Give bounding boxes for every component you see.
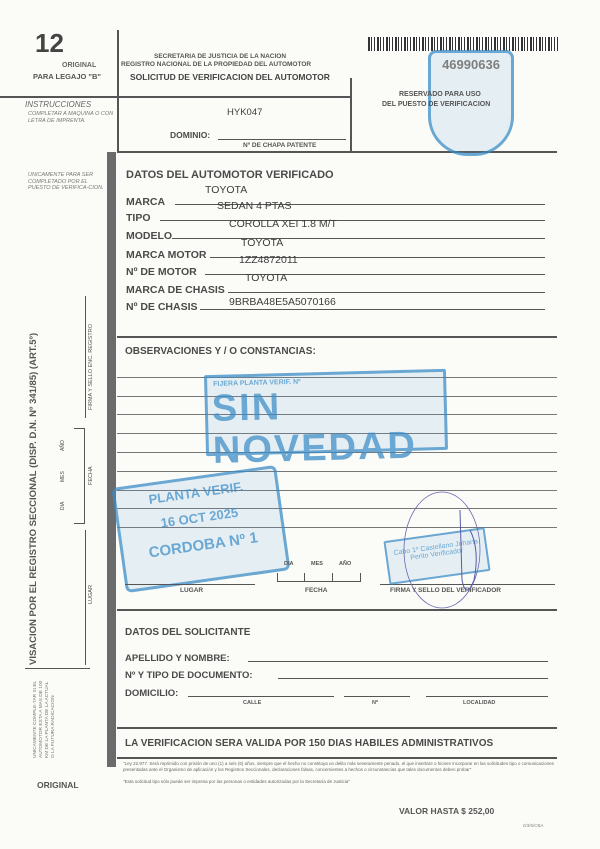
lugar-label: LUGAR [180, 587, 203, 594]
documento-line[interactable] [278, 678, 548, 679]
serial-stamp-number: 46990636 [431, 57, 511, 72]
apellido-line[interactable] [248, 661, 548, 662]
side-lugar-bottom [25, 668, 90, 669]
vehicle-field-label: TIPO [126, 212, 151, 224]
validity-notice: LA VERIFICACION SERA VALIDA POR 150 DIAS… [125, 738, 493, 749]
vehicle-field-value: 9BRBA48E5A5070166 [229, 296, 336, 308]
documento-label: Nº Y TIPO DE DOCUMENTO: [125, 670, 253, 681]
verification-only-note: UNICAMENTE PARA SER COMPLETADO POR EL PU… [28, 172, 106, 192]
form-number: 12 [35, 28, 64, 59]
vehicle-field-value: 1ZZ4872011 [239, 254, 298, 266]
apellido-label: APELLIDO Y NOMBRE: [125, 653, 230, 664]
legal-line2: "Esta solicitud tipo sólo puede ser impr… [123, 779, 555, 785]
instructions-title: INSTRUCCIONES [25, 100, 91, 109]
vehicle-section-title: DATOS DEL AUTOMOTOR VERIFICADO [126, 169, 334, 181]
localidad-line[interactable] [426, 696, 548, 697]
only-if-note: UNICAMENTE COMPLE-TAR SI EL AUTOMOTOR ES… [33, 678, 57, 758]
sin-novedad-stamp: FIJERA PLANTA VERIF. Nº SIN NOVEDAD [204, 369, 448, 456]
header-divider [117, 30, 119, 152]
vehicle-section-rule [117, 336, 557, 338]
domicilio-label: DOMICILIO: [125, 688, 178, 699]
dominio-sublabel: Nº DE CHAPA PATENTE [243, 142, 316, 149]
vehicle-field-label: MODELO [126, 230, 172, 242]
firma-registro-line[interactable] [85, 296, 86, 418]
vehicle-field-label: MARCA DE CHASIS [126, 284, 225, 296]
visacion-label: VISACION POR EL REGISTRO SECCIONAL (DISP… [28, 333, 39, 665]
vehicle-field-value: COROLLA XEI 1.8 M/T [229, 218, 337, 230]
vehicle-field-label: MARCA MOTOR [126, 249, 207, 261]
sin-novedad-stamp-text: SIN NOVEDAD [211, 382, 445, 472]
solicitante-section-rule [117, 727, 557, 729]
vehicle-field-label: Nº DE MOTOR [126, 266, 197, 278]
vehicle-field-label: Nº DE CHASIS [126, 301, 198, 313]
original-label: ORIGINAL [37, 780, 79, 790]
footer-code: 0/3/6/CBA [523, 823, 544, 828]
calle-label: CALLE [243, 700, 261, 706]
vehicle-field-line[interactable] [172, 238, 545, 239]
firma-registro-label: FIRMA Y SELLO ENC. REGISTRO [88, 324, 94, 410]
sig-mes: MES [311, 561, 323, 567]
barcode [368, 37, 558, 51]
vehicle-field-value: SEDAN 4 PTAS [217, 200, 292, 212]
dominio-label: DOMINIO: [170, 130, 210, 140]
validity-rule [117, 757, 557, 759]
side-lugar-line[interactable] [85, 530, 86, 665]
vehicle-field-value: TOYOTA [205, 184, 247, 196]
sig-dia: DIA [284, 561, 293, 567]
observation-line[interactable] [117, 471, 557, 472]
dominio-line[interactable] [218, 139, 346, 140]
calle-line[interactable] [188, 696, 334, 697]
fecha-label: FECHA [305, 587, 327, 594]
header-right-divider [350, 78, 352, 152]
header-rule [0, 96, 352, 98]
vehicle-field-line[interactable] [200, 309, 545, 310]
solicitante-title: DATOS DEL SOLICITANTE [125, 627, 250, 638]
registry-title: REGISTRO NACIONAL DE LA PROPIEDAD DEL AU… [121, 61, 311, 68]
reserved-line2: DEL PUESTO DE VERIFICACION [382, 101, 490, 108]
price-label: VALOR HASTA $ 252,00 [399, 806, 494, 816]
plant-verif-stamp: PLANTA VERIF. 16 OCT 2025 CORDOBA Nº 1 [111, 465, 290, 593]
verifier-signature [400, 490, 510, 610]
vehicle-field-label: MARCA [126, 196, 165, 208]
reserved-line1: RESERVADO PARA USO [399, 91, 481, 98]
numero-label: Nº [372, 700, 378, 706]
side-fecha: FECHA [88, 466, 94, 485]
observaciones-title: OBSERVACIONES Y / O CONSTANCIAS: [125, 346, 316, 357]
verification-section-rule [117, 609, 557, 611]
vehicle-field-value: TOYOTA [241, 237, 283, 249]
form-title: SOLICITUD DE VERIFICACION DEL AUTOMOTOR [130, 72, 330, 82]
dominio-value: HYK047 [227, 107, 262, 118]
instructions-text: COMPLETAR A MAQUINA O CON LETRA DE IMPRE… [28, 111, 120, 125]
vehicle-field-line[interactable] [228, 292, 545, 293]
numero-line[interactable] [344, 696, 410, 697]
side-date-boxes[interactable] [74, 428, 85, 524]
vehicle-field-line[interactable] [160, 220, 545, 221]
copy-label: ORIGINAL [62, 62, 96, 69]
lugar-line[interactable] [125, 584, 255, 585]
sig-date-boxes[interactable] [277, 573, 361, 582]
legajo-label: PARA LEGAJO "B" [33, 72, 101, 81]
side-lugar: LUGAR [88, 585, 94, 604]
legal-line1: "Ley 22.977. Será reprimido con prisión … [123, 761, 555, 773]
vehicle-field-value: TOYOTA [245, 272, 287, 284]
left-stripe [107, 152, 116, 767]
side-dia: DIA [60, 502, 66, 510]
sig-anio: AÑO [339, 561, 351, 567]
side-mes: MES [60, 471, 66, 482]
ministry-title: SECRETARIA DE JUSTICIA DE LA NACION [154, 53, 286, 60]
side-anio: AÑO [60, 440, 66, 451]
localidad-label: LOCALIDAD [463, 700, 495, 706]
